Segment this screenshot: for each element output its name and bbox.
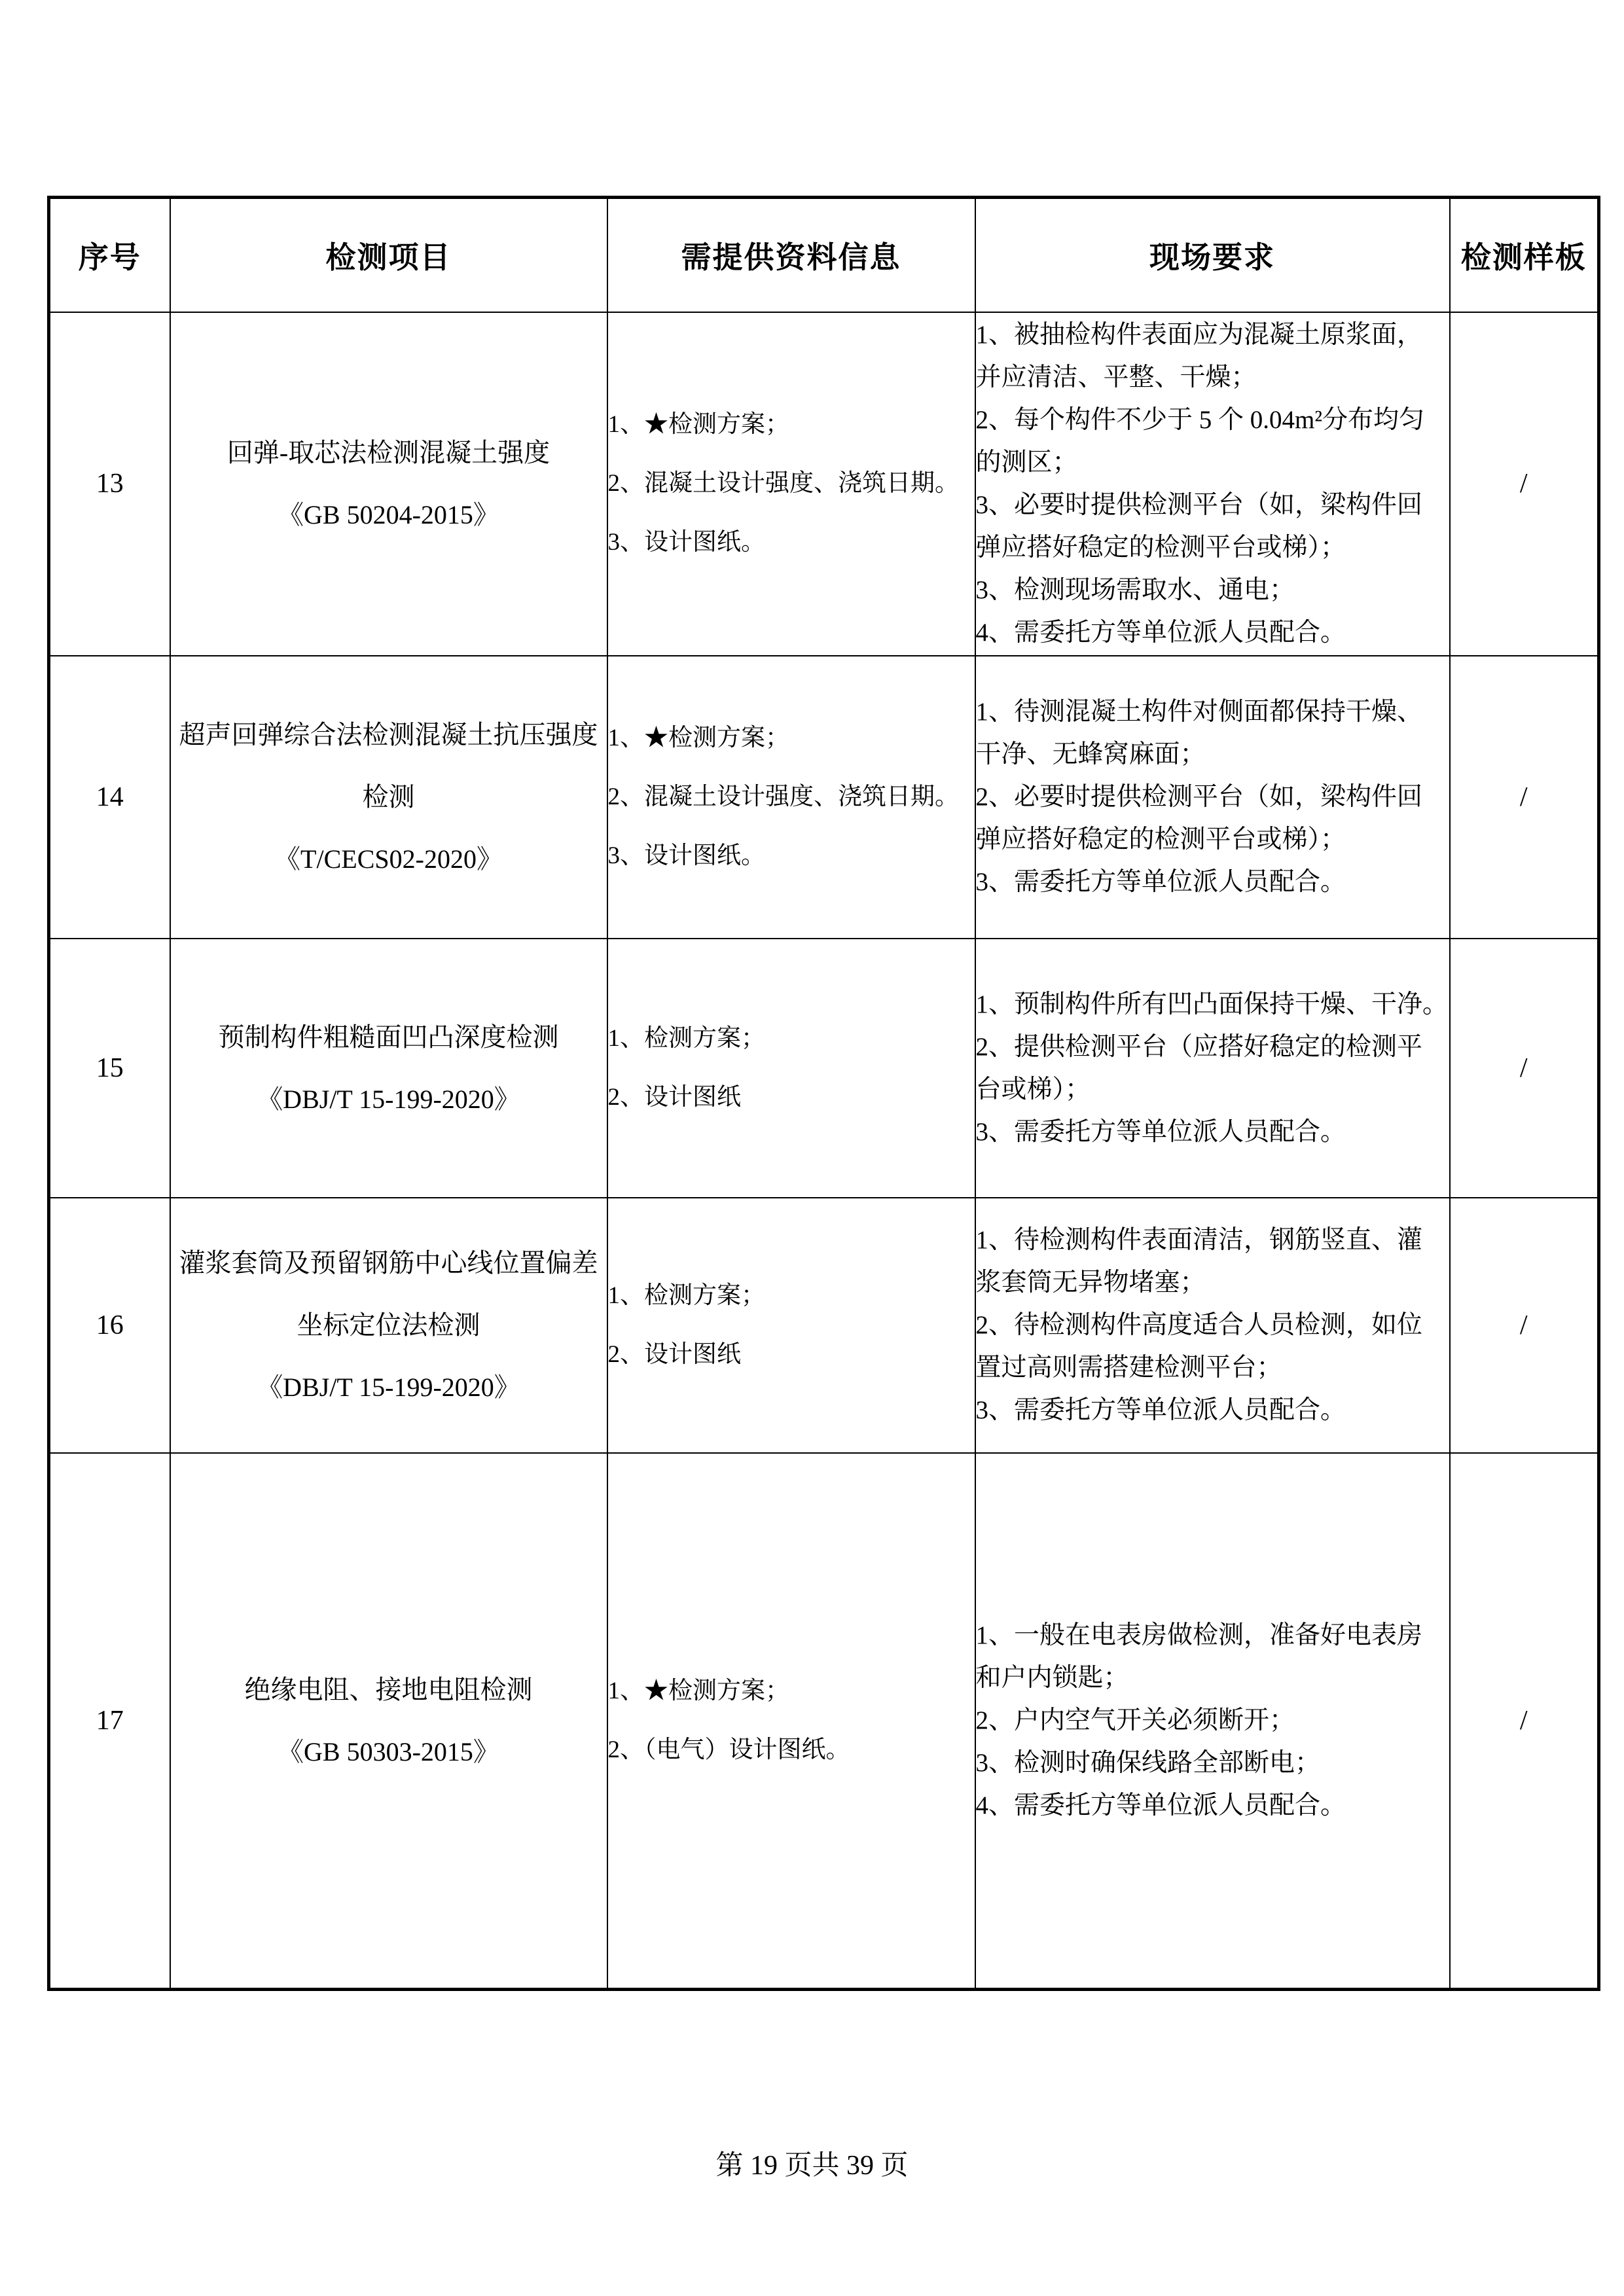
site-requirement-line: 浆套筒无异物堵塞； [976, 1261, 1449, 1304]
site-requirement-line: 3、必要时提供检测平台（如，梁构件回 [976, 484, 1449, 526]
inspection-item-cell: 超声回弹综合法检测混凝土抗压强度 检测 《T/CECS02-2020》 [170, 656, 607, 939]
inspection-item-standard: 《T/CECS02-2020》 [171, 828, 607, 890]
site-requirement-line: 和户内锁匙； [976, 1657, 1449, 1699]
inspection-item-standard: 《GB 50303-2015》 [171, 1721, 607, 1783]
materials-line: 3、设计图纸。 [608, 827, 975, 886]
materials-cell: 1、检测方案； 2、设计图纸 [607, 1198, 975, 1453]
site-requirements-cell: 1、一般在电表房做检测，准备好电表房 和户内锁匙； 2、户内空气开关必须断开； … [975, 1453, 1450, 1990]
site-requirement-line: 并应清洁、平整、干燥； [976, 356, 1449, 399]
site-requirement-line: 弹应搭好稳定的检测平台或梯）； [976, 818, 1449, 861]
materials-line: 1、★检测方案； [608, 709, 975, 768]
site-requirement-line: 3、检测时确保线路全部断电； [976, 1742, 1449, 1784]
materials-line: 2、设计图纸 [608, 1325, 975, 1384]
row-seq: 14 [49, 656, 170, 939]
table-row: 15 预制构件粗糙面凹凸深度检测 《DBJ/T 15-199-2020》 1、检… [49, 939, 1599, 1198]
row-seq: 16 [49, 1198, 170, 1453]
site-requirement-line: 干净、无蜂窝麻面； [976, 733, 1449, 776]
header-cell-site: 现场要求 [975, 198, 1450, 312]
materials-line: 1、检测方案； [608, 1266, 975, 1325]
site-requirement-line: 3、需委托方等单位派人员配合。 [976, 1111, 1449, 1153]
inspection-item-cell: 回弹-取芯法检测混凝土强度 《GB 50204-2015》 [170, 312, 607, 656]
materials-line: 3、设计图纸。 [608, 513, 975, 572]
header-cell-item: 检测项目 [170, 198, 607, 312]
inspection-requirements-table: 序号 检测项目 需提供资料信息 现场要求 检测样板 13 回弹-取芯法检测混凝土… [47, 196, 1600, 1991]
materials-line: 2、设计图纸 [608, 1068, 975, 1127]
materials-line: 2、混凝土设计强度、浇筑日期。 [608, 454, 975, 513]
site-requirement-line: 2、必要时提供检测平台（如，梁构件回 [976, 776, 1449, 818]
inspection-item-standard: 《GB 50204-2015》 [171, 484, 607, 546]
sample-cell: / [1450, 939, 1599, 1198]
table-header-row: 序号 检测项目 需提供资料信息 现场要求 检测样板 [49, 198, 1599, 312]
site-requirement-line: 2、每个构件不少于 5 个 0.04m²分布均匀 [976, 399, 1449, 441]
site-requirement-line: 1、被抽检构件表面应为混凝土原浆面， [976, 314, 1449, 356]
inspection-item-line: 检测 [171, 766, 607, 828]
row-seq: 15 [49, 939, 170, 1198]
materials-cell: 1、★检测方案； 2、混凝土设计强度、浇筑日期。 3、设计图纸。 [607, 312, 975, 656]
site-requirement-line: 2、户内空气开关必须断开； [976, 1699, 1449, 1742]
sample-cell: / [1450, 1198, 1599, 1453]
site-requirement-line: 1、待测混凝土构件对侧面都保持干燥、 [976, 691, 1449, 733]
inspection-item-line: 超声回弹综合法检测混凝土抗压强度 [171, 704, 607, 766]
inspection-item-line: 灌浆套筒及预留钢筋中心线位置偏差 [171, 1232, 607, 1294]
site-requirement-line: 1、预制构件所有凹凸面保持干燥、干净。 [976, 983, 1449, 1026]
inspection-item-line: 回弹-取芯法检测混凝土强度 [171, 422, 607, 484]
materials-line: 1、检测方案； [608, 1009, 975, 1068]
site-requirements-cell: 1、待测混凝土构件对侧面都保持干燥、 干净、无蜂窝麻面； 2、必要时提供检测平台… [975, 656, 1450, 939]
site-requirement-line: 置过高则需搭建检测平台； [976, 1346, 1449, 1389]
materials-cell: 1、★检测方案； 2、（电气）设计图纸。 [607, 1453, 975, 1990]
inspection-item-line: 绝缘电阻、接地电阻检测 [171, 1659, 607, 1721]
materials-line: 2、（电气）设计图纸。 [608, 1721, 975, 1780]
site-requirement-line: 2、提供检测平台（应搭好稳定的检测平 [976, 1026, 1449, 1068]
inspection-item-standard: 《DBJ/T 15-199-2020》 [171, 1356, 607, 1418]
table-row: 14 超声回弹综合法检测混凝土抗压强度 检测 《T/CECS02-2020》 1… [49, 656, 1599, 939]
materials-line: 1、★检测方案； [608, 1662, 975, 1721]
site-requirement-line: 弹应搭好稳定的检测平台或梯）； [976, 526, 1449, 569]
materials-cell: 1、检测方案； 2、设计图纸 [607, 939, 975, 1198]
site-requirement-line: 1、待检测构件表面清洁，钢筋竖直、灌 [976, 1219, 1449, 1261]
page-footer: 第 19 页共 39 页 [0, 2150, 1624, 2181]
row-seq: 13 [49, 312, 170, 656]
header-cell-sample: 检测样板 [1450, 198, 1599, 312]
materials-cell: 1、★检测方案； 2、混凝土设计强度、浇筑日期。 3、设计图纸。 [607, 656, 975, 939]
site-requirement-line: 3、需委托方等单位派人员配合。 [976, 861, 1449, 903]
table-row: 13 回弹-取芯法检测混凝土强度 《GB 50204-2015》 1、★检测方案… [49, 312, 1599, 656]
row-seq: 17 [49, 1453, 170, 1990]
inspection-item-standard: 《DBJ/T 15-199-2020》 [171, 1068, 607, 1130]
site-requirement-line: 的测区； [976, 441, 1449, 484]
site-requirement-line: 4、需委托方等单位派人员配合。 [976, 611, 1449, 654]
site-requirement-line: 台或梯）； [976, 1068, 1449, 1111]
inspection-item-cell: 预制构件粗糙面凹凸深度检测 《DBJ/T 15-199-2020》 [170, 939, 607, 1198]
site-requirement-line: 3、需委托方等单位派人员配合。 [976, 1389, 1449, 1431]
site-requirement-line: 1、一般在电表房做检测，准备好电表房 [976, 1614, 1449, 1657]
materials-line: 1、★检测方案； [608, 395, 975, 454]
document-page: 序号 检测项目 需提供资料信息 现场要求 检测样板 13 回弹-取芯法检测混凝土… [0, 0, 1624, 2296]
inspection-item-line: 坐标定位法检测 [171, 1294, 607, 1356]
sample-cell: / [1450, 312, 1599, 656]
inspection-item-cell: 绝缘电阻、接地电阻检测 《GB 50303-2015》 [170, 1453, 607, 1990]
materials-line: 2、混凝土设计强度、浇筑日期。 [608, 768, 975, 827]
site-requirement-line: 4、需委托方等单位派人员配合。 [976, 1784, 1449, 1827]
header-cell-materials: 需提供资料信息 [607, 198, 975, 312]
header-cell-seq: 序号 [49, 198, 170, 312]
sample-cell: / [1450, 1453, 1599, 1990]
site-requirements-cell: 1、待检测构件表面清洁，钢筋竖直、灌 浆套筒无异物堵塞； 2、待检测构件高度适合… [975, 1198, 1450, 1453]
inspection-item-line: 预制构件粗糙面凹凸深度检测 [171, 1006, 607, 1068]
site-requirements-cell: 1、预制构件所有凹凸面保持干燥、干净。 2、提供检测平台（应搭好稳定的检测平 台… [975, 939, 1450, 1198]
table-row: 17 绝缘电阻、接地电阻检测 《GB 50303-2015》 1、★检测方案； … [49, 1453, 1599, 1990]
table-row: 16 灌浆套筒及预留钢筋中心线位置偏差 坐标定位法检测 《DBJ/T 15-19… [49, 1198, 1599, 1453]
inspection-item-cell: 灌浆套筒及预留钢筋中心线位置偏差 坐标定位法检测 《DBJ/T 15-199-2… [170, 1198, 607, 1453]
site-requirement-line: 2、待检测构件高度适合人员检测，如位 [976, 1304, 1449, 1346]
site-requirements-cell: 1、被抽检构件表面应为混凝土原浆面， 并应清洁、平整、干燥； 2、每个构件不少于… [975, 312, 1450, 656]
site-requirement-line: 3、检测现场需取水、通电； [976, 569, 1449, 611]
sample-cell: / [1450, 656, 1599, 939]
